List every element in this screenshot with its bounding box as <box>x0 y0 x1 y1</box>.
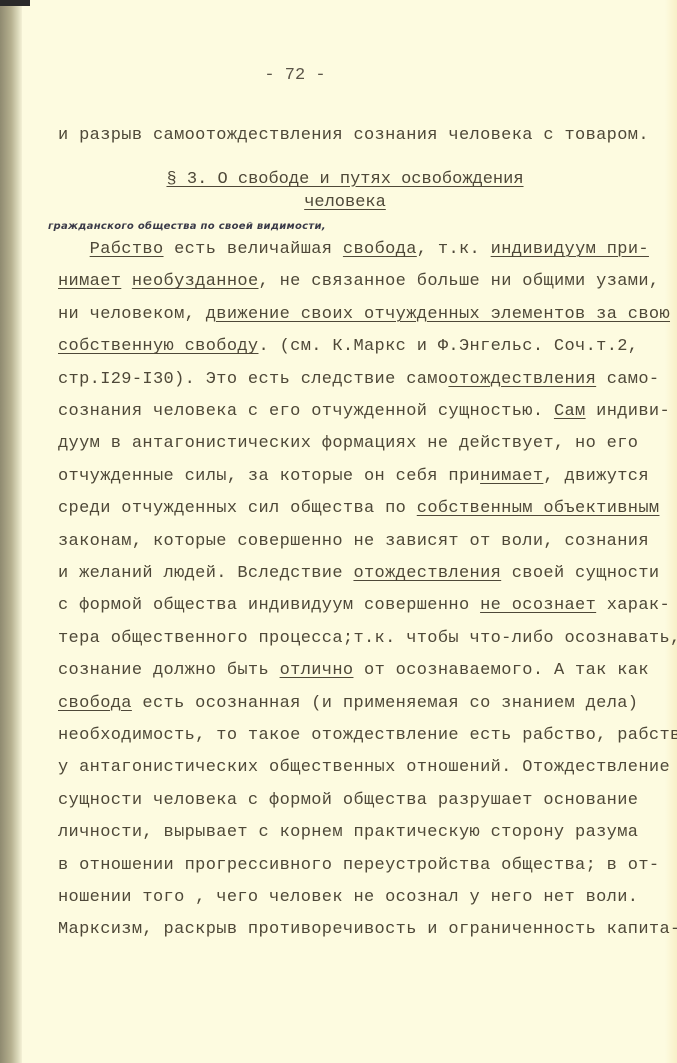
text-line: личности, вырывает с корнем практическую… <box>58 823 638 842</box>
page-binding-edge <box>0 0 22 1063</box>
text-line: нимает необузданное, не связанное больше… <box>58 272 659 291</box>
text-line: сущности человека с формой общества разр… <box>58 791 638 810</box>
text-line: с формой общества индивидуум совершенно … <box>58 596 670 615</box>
binding-clip <box>0 0 30 6</box>
text-line: в отношении прогрессивного переустройств… <box>58 856 659 875</box>
continuation-line: и разрыв самоотождествления сознания чел… <box>58 126 649 145</box>
text-line: у антагонистических общественных отношен… <box>58 758 670 777</box>
page-number: - 72 - <box>0 66 590 85</box>
text-line: собственную свободу. (см. К.Маркс и Ф.Эн… <box>58 337 638 356</box>
page-right-edge <box>665 0 677 1063</box>
text-line: ни человеком, движение своих отчужденных… <box>58 305 670 324</box>
text-line: законам, которые совершенно не зависят о… <box>58 532 649 551</box>
section-heading-line-1: § 3. О свободе и путях освобождения <box>0 170 677 189</box>
text-line: необходимость, то такое отождествление е… <box>58 726 677 745</box>
text-line: дуум в антагонистических формациях не де… <box>58 434 638 453</box>
text-line: сознание должно быть отлично от осознава… <box>58 661 649 680</box>
text-line: сознания человека с его отчужденной сущн… <box>58 402 670 421</box>
section-heading-line-2: человека <box>0 193 677 212</box>
text-line: ношении того , чего человек не осознал у… <box>58 888 638 907</box>
handwritten-annotation: гражданского общества по своей видимости… <box>48 221 326 232</box>
text-line: и желаний людей. Вследствие отождествлен… <box>58 564 659 583</box>
text-line: свобода есть осознанная (и применяемая с… <box>58 694 638 713</box>
text-line: Марксизм, раскрыв противоречивость и огр… <box>58 920 677 939</box>
section-heading-text-2: человека <box>304 193 386 212</box>
text-line: стр.I29-I30). Это есть следствие самоото… <box>58 370 659 389</box>
text-line: Рабство есть величайшая свобода, т.к. ин… <box>58 240 649 259</box>
text-line: отчужденные силы, за которые он себя при… <box>58 467 649 486</box>
section-heading-text-1: § 3. О свободе и путях освобождения <box>166 170 523 189</box>
text-line: среди отчужденных сил общества по собств… <box>58 499 659 518</box>
text-line: тера общественного процесса;т.к. чтобы ч… <box>58 629 677 648</box>
